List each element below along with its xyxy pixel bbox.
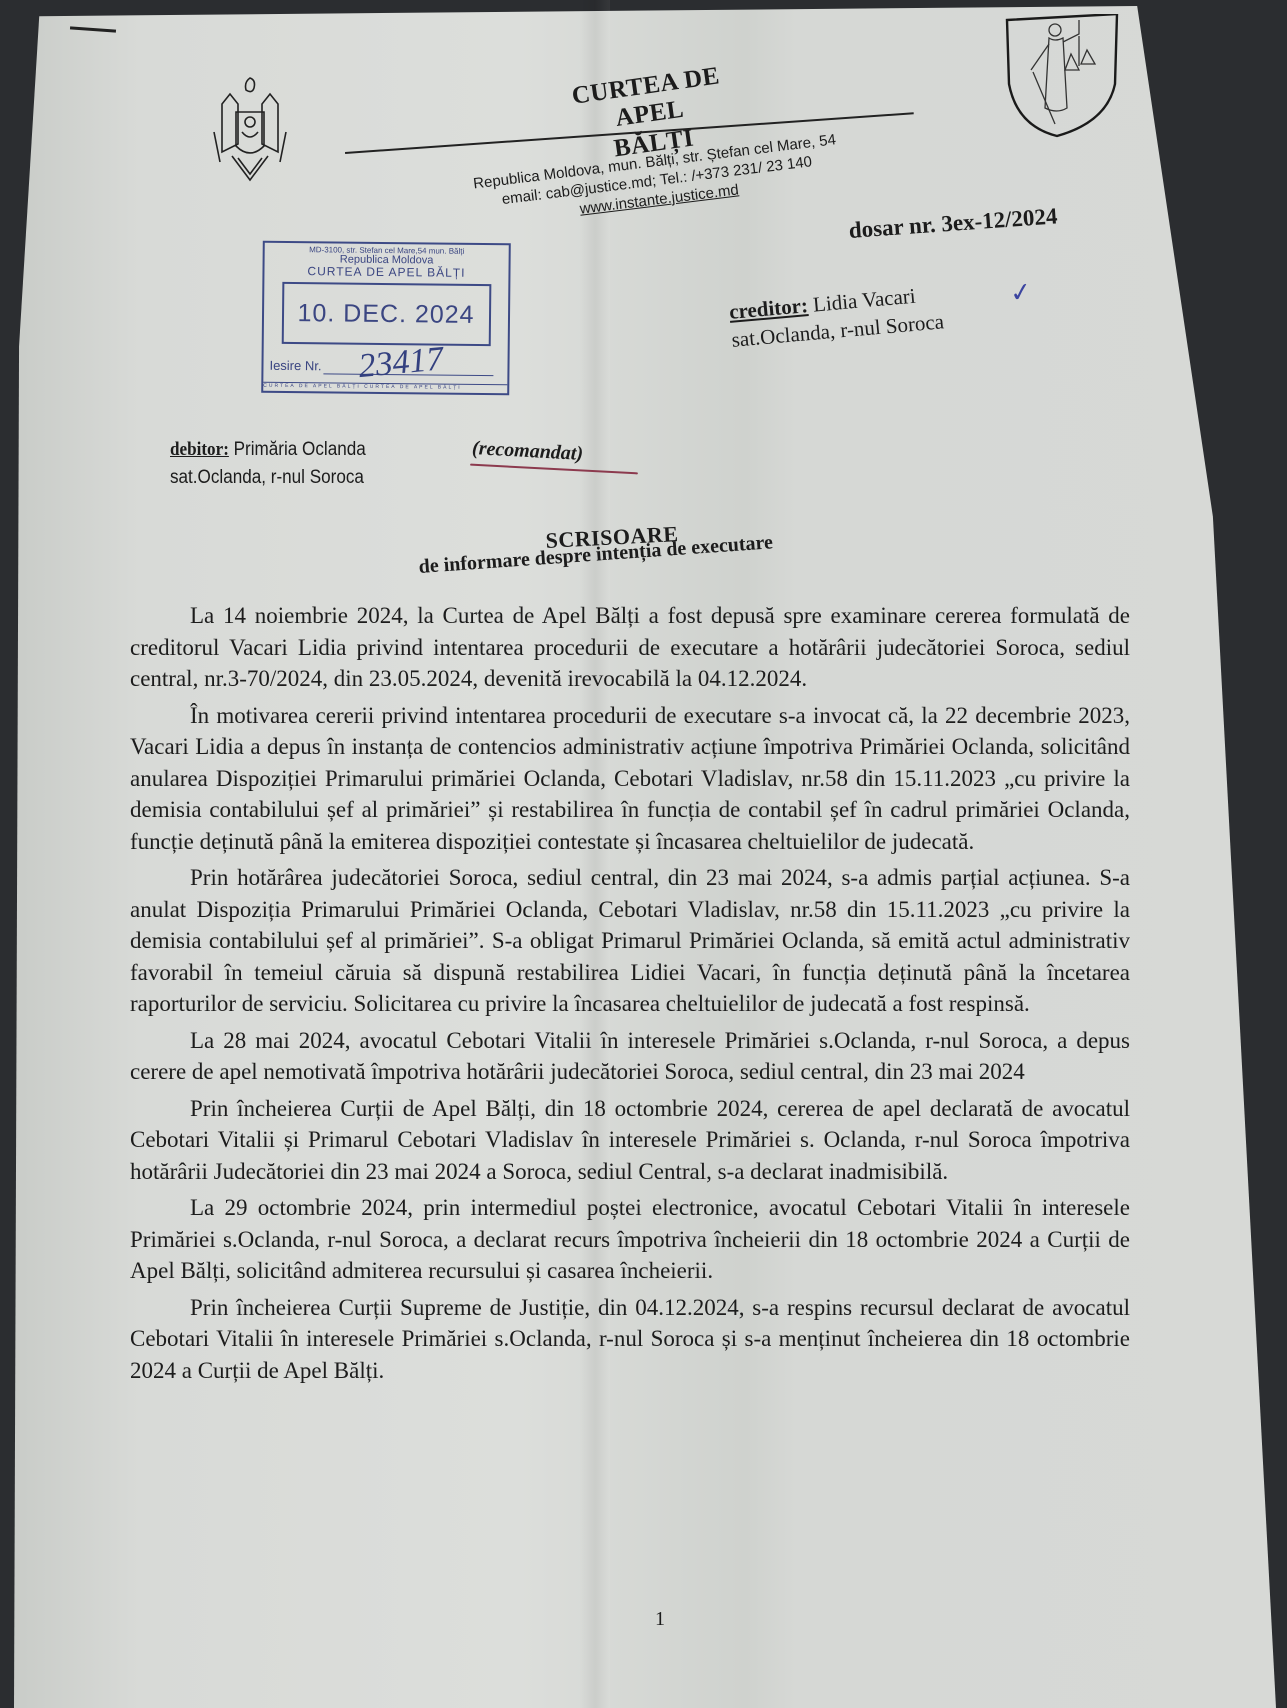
stamp-exit-number: 23417 <box>357 340 445 386</box>
page-number: 1 <box>655 1608 665 1631</box>
coat-of-arms-icon <box>210 72 290 192</box>
document-body: La 14 noiembrie 2024, la Curtea de Apel … <box>130 600 1130 1391</box>
debitor-address: sat.Oclanda, r-nul Soroca <box>170 464 366 492</box>
paragraph: La 28 mai 2024, avocatul Cebotari Vitali… <box>130 1025 1130 1088</box>
paragraph: Prin hotărârea judecătoriei Soroca, sedi… <box>130 862 1130 1020</box>
stamp-strip: CURTEA DE APEL BĂLȚI CURTEA DE APEL BĂLȚ… <box>263 382 507 394</box>
lady-justice-icon <box>995 14 1125 139</box>
stamp-exit-label: Iesire Nr. <box>269 358 321 374</box>
stamp-institution: CURTEA DE APEL BĂLȚI <box>264 265 508 281</box>
paragraph: Prin încheierea Curții Supreme de Justiț… <box>130 1292 1130 1387</box>
paragraph: La 29 octombrie 2024, prin intermediul p… <box>130 1192 1130 1287</box>
paragraph: La 14 noiembrie 2024, la Curtea de Apel … <box>130 600 1130 695</box>
stamp-date: 10. DEC. 2024 <box>281 282 491 346</box>
debitor-name: Primăria Oclanda <box>234 439 366 460</box>
registration-stamp: MD-3100, str. Stefan cel Mare,54 mun. Bă… <box>261 241 511 396</box>
paragraph: În motivarea cererii privind intentarea … <box>130 700 1130 858</box>
checkmark-icon: ✓ <box>1008 277 1034 310</box>
paragraph: Prin încheierea Curții de Apel Bălți, di… <box>130 1093 1130 1188</box>
debitor-block: debitor: Primăria Oclanda sat.Oclanda, r… <box>170 436 366 492</box>
debitor-label: debitor: <box>170 439 229 460</box>
